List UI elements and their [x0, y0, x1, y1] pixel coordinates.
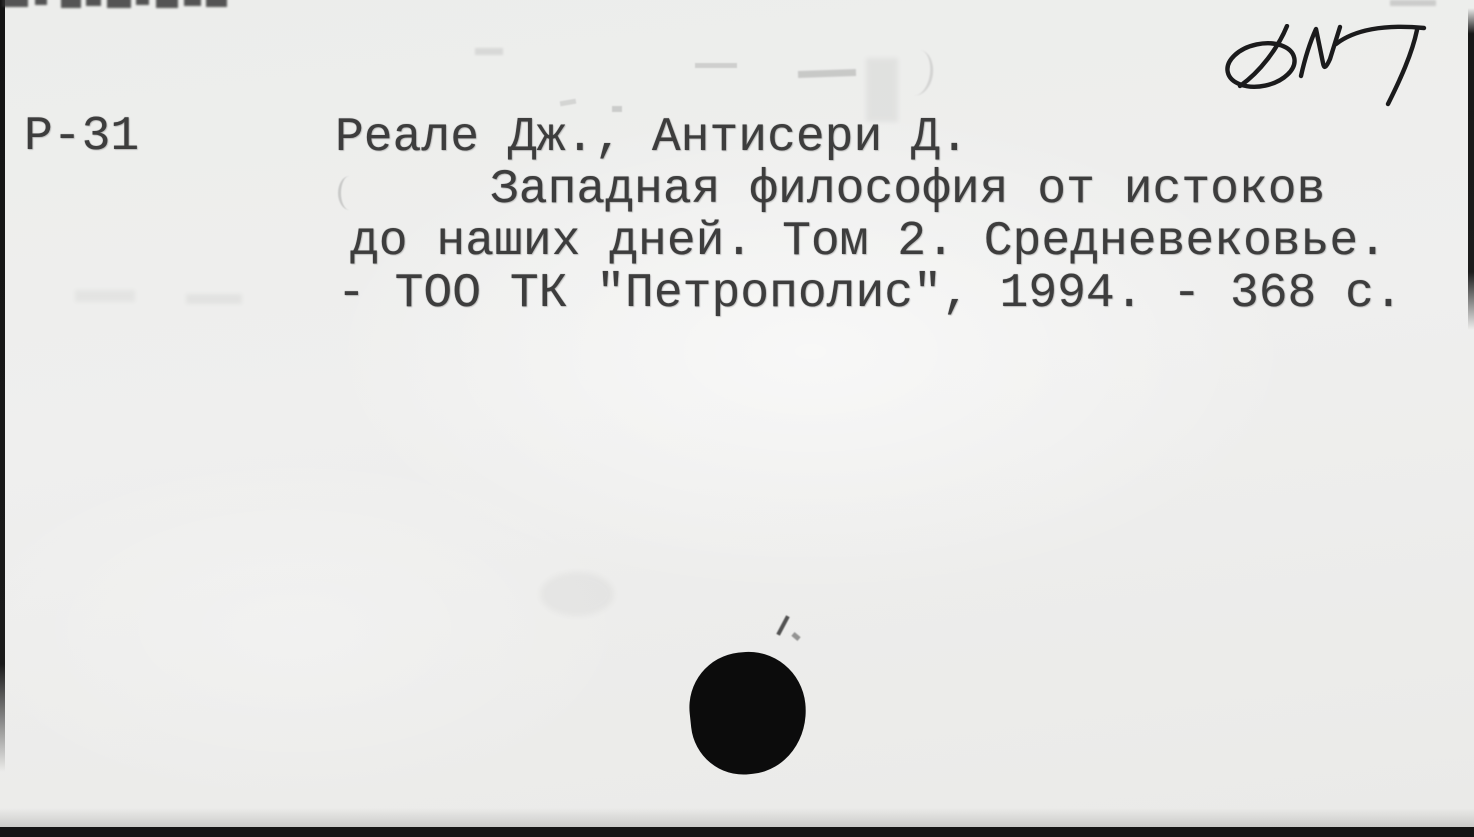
pencil-smudge [338, 176, 361, 210]
letter-p-cursive [1336, 27, 1424, 104]
scan-edge-left [0, 0, 5, 772]
pencil-smudge [186, 294, 242, 304]
pencil-smudge [540, 572, 614, 616]
cutoff-stamp-fragment [2, 0, 252, 14]
bibliographic-entry: Реале Дж., Антисери Д. Западная философи… [335, 112, 1403, 320]
ink-tick-mark [776, 615, 789, 635]
call-number: Р-31 [24, 111, 139, 163]
scan-edge-right [1468, 8, 1474, 330]
pencil-smudge [612, 106, 622, 112]
letter-f-cursive [1224, 26, 1299, 93]
pencil-smudge [903, 48, 936, 97]
scan-edge-bottom-shadow [0, 808, 1474, 827]
pencil-smudge [75, 290, 135, 302]
letter-m-cursive [1301, 27, 1340, 76]
bib-line-imprint: - ТОО ТК "Петрополис", 1994. - 368 с. [335, 268, 1403, 320]
pencil-smudge [866, 58, 898, 122]
pencil-smudge [695, 63, 737, 68]
pencil-smudge [560, 99, 577, 107]
pencil-smudge [798, 69, 856, 78]
bib-line-volume: до наших дней. Том 2. Средневековье. [335, 216, 1403, 268]
punch-hole-ink-blob [684, 646, 812, 779]
pencil-smudge [1390, 0, 1436, 6]
ink-tick-dot [791, 632, 800, 641]
handwritten-note-fmp [1224, 24, 1431, 116]
catalog-card-scan: Р-31 Реале Дж., Антисери Д. Западная фил… [0, 0, 1474, 837]
scan-edge-bottom [0, 827, 1474, 837]
pencil-smudge [475, 48, 503, 55]
bib-line-title: Западная философия от истоков [335, 164, 1403, 216]
